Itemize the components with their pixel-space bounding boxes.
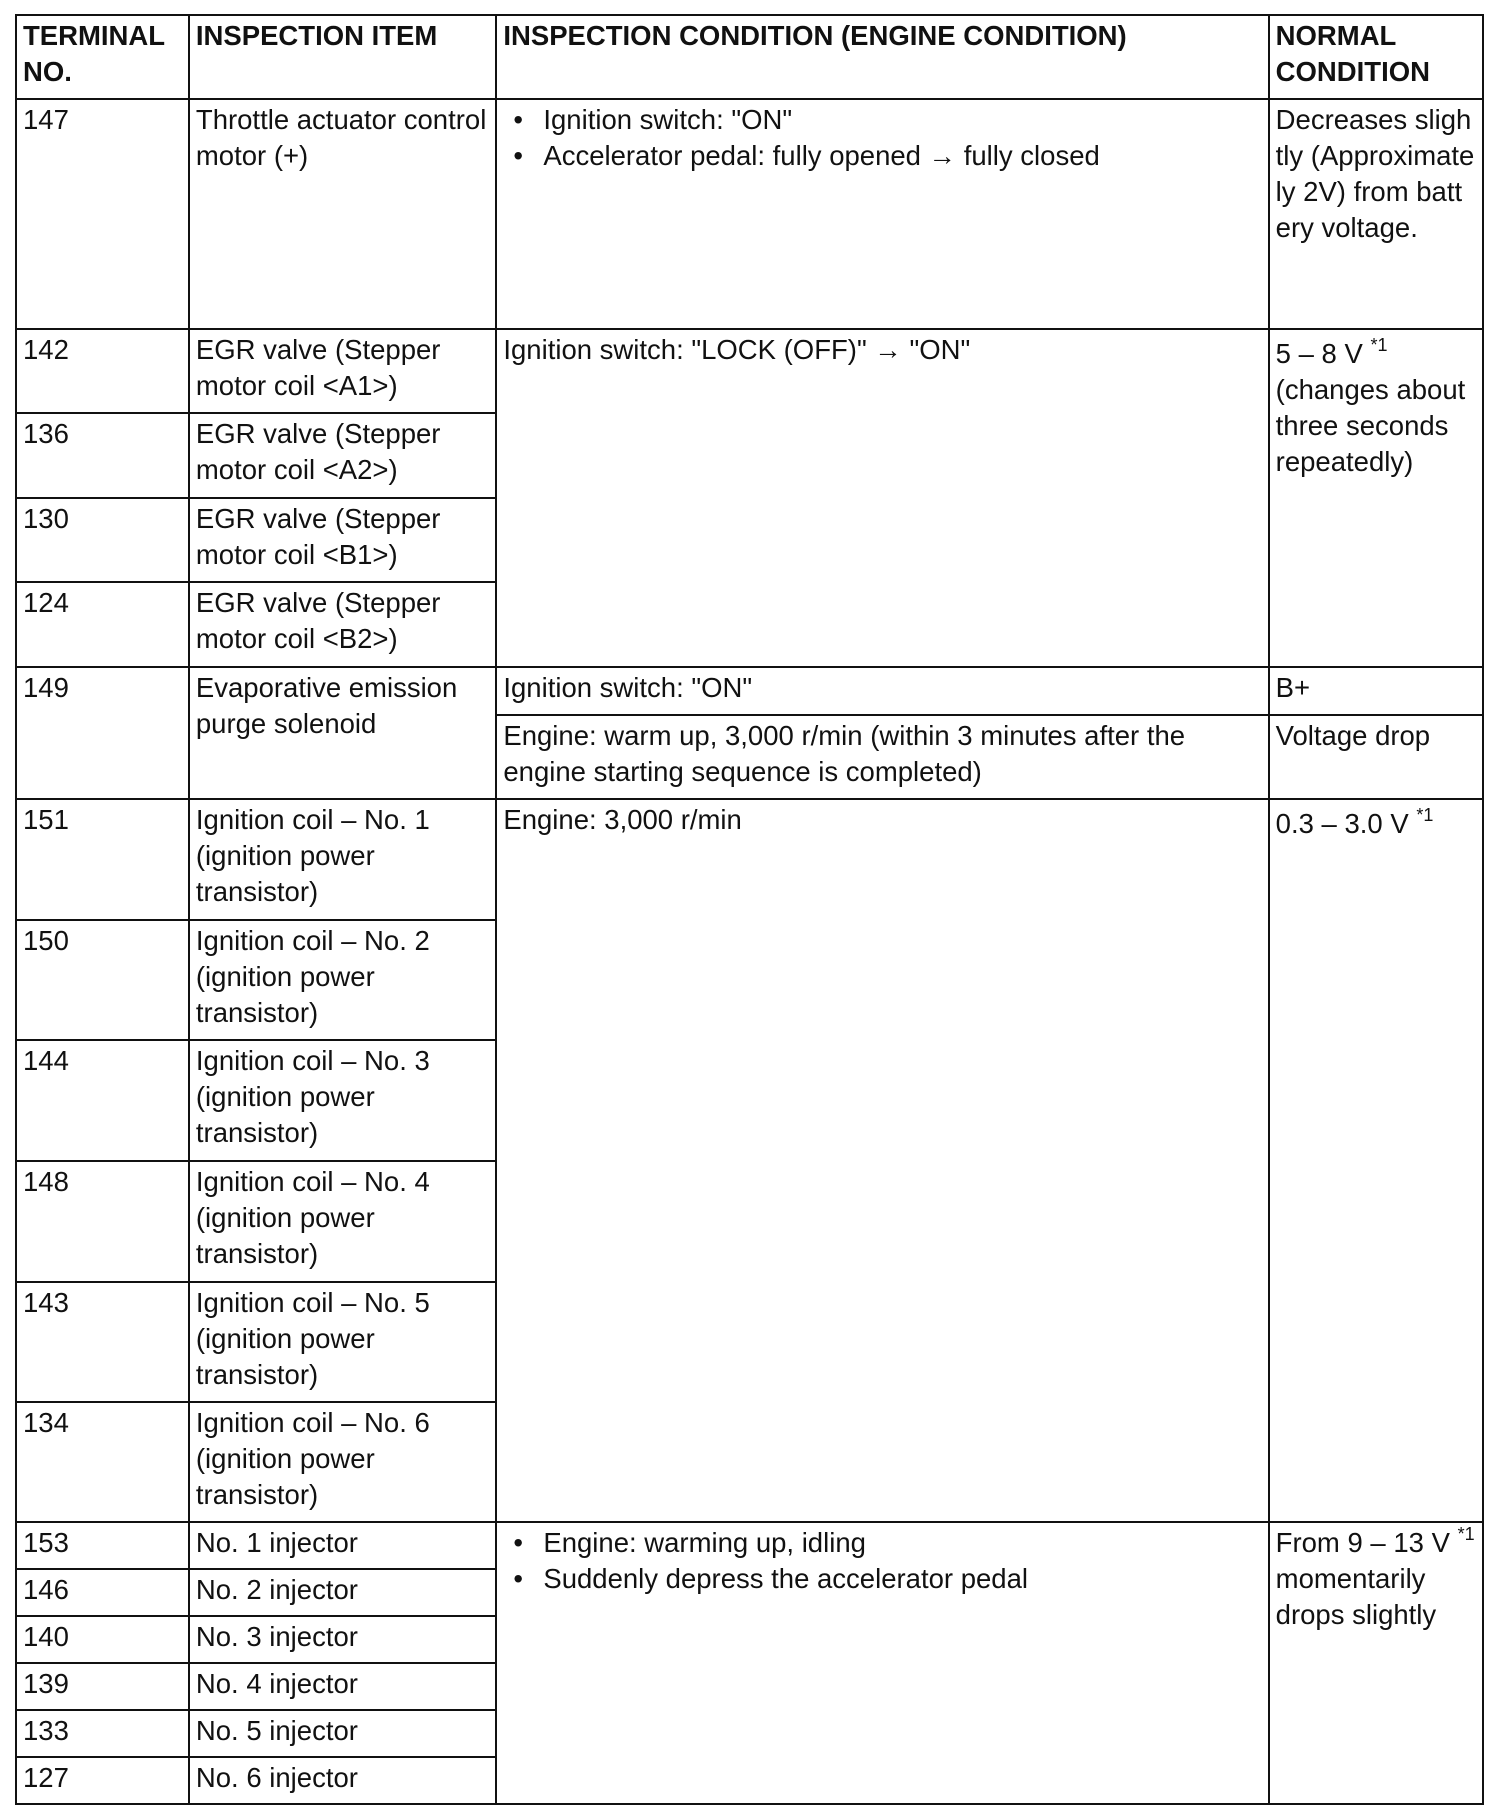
- condition-bullet: Ignition switch: "ON": [513, 102, 1261, 138]
- header-inspection-condition: INSPECTION CONDITION (ENGINE CONDITION): [496, 15, 1268, 99]
- condition-bullet: Engine: warming up, idling: [513, 1525, 1261, 1561]
- item-cell: EGR valve (Stepper motor coil <B2>): [189, 582, 496, 667]
- terminal-cell: 144: [16, 1040, 189, 1161]
- normal-cell: 0.3 – 3.0 V *1: [1269, 799, 1483, 1522]
- item-cell: No. 6 injector: [189, 1757, 496, 1804]
- item-cell: Ignition coil – No. 5 (ignition power tr…: [189, 1282, 496, 1402]
- terminal-cell: 134: [16, 1402, 189, 1522]
- terminal-cell: 127: [16, 1757, 189, 1804]
- terminal-cell: 146: [16, 1569, 189, 1616]
- header-inspection-item: INSPECTION ITEM: [189, 15, 496, 99]
- terminal-cell: 149: [16, 667, 189, 799]
- footnote-marker: *1: [1370, 335, 1387, 355]
- header-row: TERMINAL NO. INSPECTION ITEM INSPECTION …: [16, 15, 1483, 99]
- terminal-cell: 124: [16, 582, 189, 667]
- normal-cell: Voltage drop: [1269, 715, 1483, 799]
- condition-bullet: Accelerator pedal: fully opened → fully …: [513, 138, 1261, 174]
- terminal-cell: 151: [16, 799, 189, 920]
- footnote-marker: *1: [1416, 805, 1433, 825]
- terminal-cell: 147: [16, 99, 189, 329]
- item-cell: EGR valve (Stepper motor coil <A1>): [189, 329, 496, 413]
- terminal-cell: 133: [16, 1710, 189, 1757]
- condition-cell: Ignition switch: "ON": [496, 667, 1268, 715]
- item-cell: No. 4 injector: [189, 1663, 496, 1710]
- item-cell: Throttle actuator control motor (+): [189, 99, 496, 329]
- item-cell: Ignition coil – No. 3 (ignition power tr…: [189, 1040, 496, 1161]
- normal-note: (changes about three seconds repeatedly): [1276, 374, 1466, 477]
- condition-cell: Engine: 3,000 r/min: [496, 799, 1268, 1522]
- condition-bullet: Suddenly depress the accelerator pedal: [513, 1561, 1261, 1597]
- terminal-cell: 142: [16, 329, 189, 413]
- normal-cell: From 9 – 13 V *1 momentarily drops sligh…: [1269, 1522, 1483, 1804]
- table-row: 149 Evaporative emission purge solenoid …: [16, 667, 1483, 715]
- item-cell: No. 5 injector: [189, 1710, 496, 1757]
- item-cell: No. 1 injector: [189, 1522, 496, 1569]
- item-cell: EGR valve (Stepper motor coil <A2>): [189, 413, 496, 498]
- item-cell: No. 2 injector: [189, 1569, 496, 1616]
- terminal-cell: 148: [16, 1161, 189, 1282]
- condition-cell: Ignition switch: "ON" Accelerator pedal:…: [496, 99, 1268, 329]
- item-cell: No. 3 injector: [189, 1616, 496, 1663]
- condition-cell: Engine: warm up, 3,000 r/min (within 3 m…: [496, 715, 1268, 799]
- normal-cell: Decreases slightly (Approximately 2V) fr…: [1269, 99, 1483, 329]
- condition-cell: Engine: warming up, idling Suddenly depr…: [496, 1522, 1268, 1804]
- footnote-marker: *1: [1458, 1524, 1475, 1544]
- normal-value: 0.3 – 3.0 V: [1276, 808, 1417, 839]
- normal-value: 5 – 8 V: [1276, 338, 1371, 369]
- terminal-cell: 130: [16, 498, 189, 582]
- item-cell: Evaporative emission purge solenoid: [189, 667, 496, 799]
- item-cell: Ignition coil – No. 6 (ignition power tr…: [189, 1402, 496, 1522]
- table-row: 153 No. 1 injector Engine: warming up, i…: [16, 1522, 1483, 1569]
- terminal-cell: 139: [16, 1663, 189, 1710]
- normal-note: momentarily drops slightly: [1276, 1563, 1437, 1630]
- table-row: 142 EGR valve (Stepper motor coil <A1>) …: [16, 329, 1483, 413]
- terminal-cell: 140: [16, 1616, 189, 1663]
- normal-cell: B+: [1269, 667, 1483, 715]
- terminal-cell: 150: [16, 920, 189, 1040]
- table-row: 151 Ignition coil – No. 1 (ignition powe…: [16, 799, 1483, 920]
- item-cell: Ignition coil – No. 2 (ignition power tr…: [189, 920, 496, 1040]
- normal-value: From 9 – 13 V: [1276, 1527, 1458, 1558]
- header-terminal-no: TERMINAL NO.: [16, 15, 189, 99]
- terminal-cell: 143: [16, 1282, 189, 1402]
- condition-cell: Ignition switch: "LOCK (OFF)" → "ON": [496, 329, 1268, 667]
- table-row: 147 Throttle actuator control motor (+) …: [16, 99, 1483, 329]
- item-cell: EGR valve (Stepper motor coil <B1>): [189, 498, 496, 582]
- inspection-table: TERMINAL NO. INSPECTION ITEM INSPECTION …: [15, 14, 1484, 1805]
- header-normal-condition: NORMAL CONDITION: [1269, 15, 1483, 99]
- terminal-cell: 136: [16, 413, 189, 498]
- normal-cell: 5 – 8 V *1 (changes about three seconds …: [1269, 329, 1483, 667]
- terminal-cell: 153: [16, 1522, 189, 1569]
- item-cell: Ignition coil – No. 4 (ignition power tr…: [189, 1161, 496, 1282]
- item-cell: Ignition coil – No. 1 (ignition power tr…: [189, 799, 496, 920]
